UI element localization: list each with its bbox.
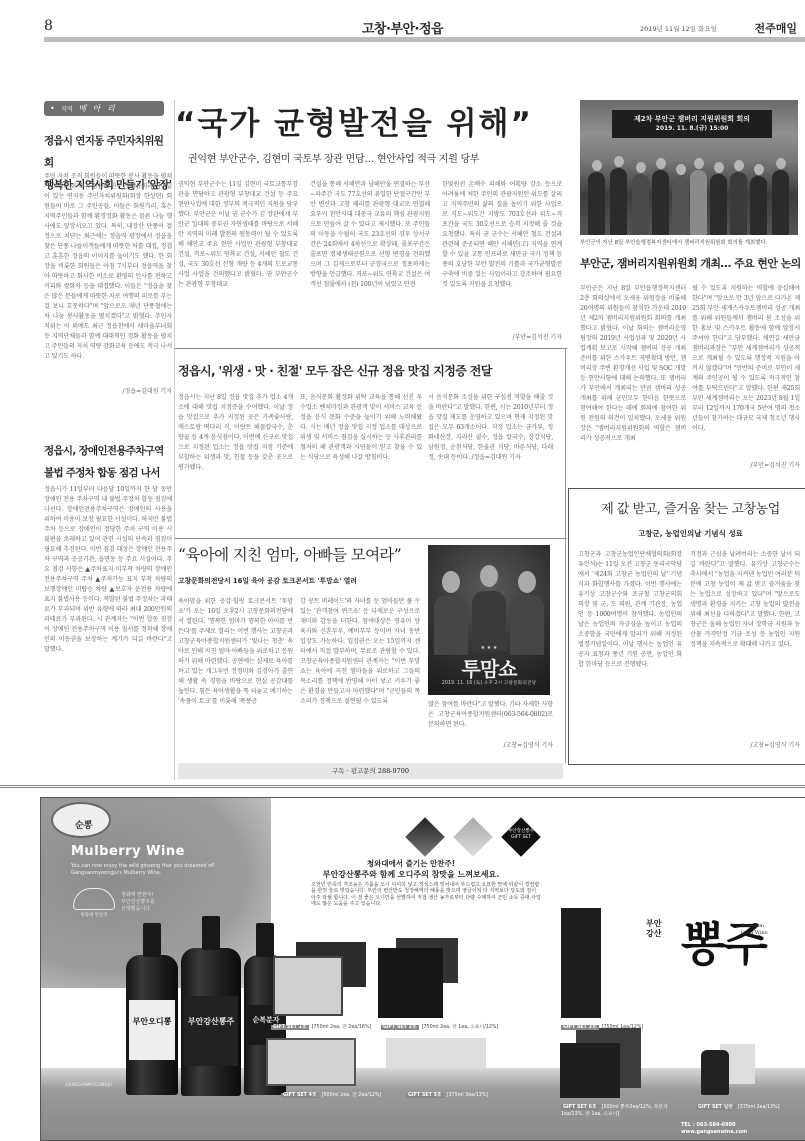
gift-set-general: GIFT SET 일반[375ml 2ea/13%]	[696, 1103, 780, 1110]
mascot-label: 순뽕	[75, 818, 92, 831]
gift-set-badge: 부안강산뽕주 GIFT SET	[491, 829, 551, 841]
company-logo: GANGSANMYEONGJU	[65, 1083, 112, 1088]
header-rule	[44, 37, 805, 42]
main-article-col3: 한빛원전 온배수 피해와 어획량 감소 등으로 어려움에 처한 주민의 관광자원…	[442, 180, 562, 310]
parenting-byline: /고창=김영식 기자	[428, 740, 553, 749]
parenting-subhead: 고창문화의전당서 16일 육아 공감 토크콘서트 '투맘쇼' 열려	[178, 575, 438, 585]
main-headline: “국가 균형발전을 위해”	[175, 98, 570, 143]
mascot-icon: 순뽕	[51, 802, 111, 838]
ad-logo-small: 부안강산	[646, 918, 666, 938]
bullet-icon: •	[50, 104, 55, 113]
bottle-label: 부안강산뽕주	[184, 996, 238, 1066]
main-subhead: 권익현 부안군수, 김현미 국토부 장관 면담… 현안사업 적극 지원 당부	[188, 150, 568, 165]
gift-set-tag: GIFT SET 4호	[281, 1093, 319, 1098]
ad-contact: TEL : 063-584-0900 www.gangsanwine.com	[681, 1122, 747, 1136]
farm-subhead: 고창군, 농업인의날 기념식 성료	[578, 528, 803, 539]
gift-set-tag: GIFT SET 5호	[406, 1093, 444, 1098]
gift-set-4: GIFT SET 4호[500ml 2ea, 잔 2ea/12%]	[281, 1091, 381, 1098]
emblem-label: 청와대 만찬주	[69, 912, 119, 918]
main-article-col1: 권익현 부안군수는 11일 김현미 국토교통부장관을 면담하고 관광형 부창대교…	[178, 180, 298, 340]
bottle-label: 부안오디뽕	[129, 1000, 175, 1060]
memo-headline-line1: 정읍시 연지동 주민자치위원회	[44, 130, 172, 174]
photo-banner-date: 2019. 11. 8.(금) 15:00	[612, 124, 772, 134]
column-divider	[565, 348, 566, 763]
restaurant-headline: 정읍시, '위생 · 맛 · 친절' 모두 잡은 신규 정읍 맛집 지정증 전달	[178, 362, 568, 379]
ad-website[interactable]: www.gangsanwine.com	[681, 1129, 747, 1136]
parking-headline: 정읍시, 장애인전용주차구역 불법 주정차 합동 점검 나서	[44, 440, 172, 484]
gift-set-5: GIFT SET 5호[375ml 3ea/13%]	[406, 1091, 488, 1098]
ad-phone: TEL : 063-584-0900	[681, 1122, 747, 1129]
gift-set-spec: [750ml 2ea, 잔 2ea/16%]	[312, 1025, 372, 1030]
poster-date: 2019. 11. 16 (토) 오후 2시 고창문화의전당	[428, 679, 550, 686]
subscription-bar: 구독 · 광고문의 288-9700	[178, 763, 563, 779]
jamboree-byline: /부안=김석진 기자	[692, 460, 800, 469]
photo-banner: 제2차 부안군 잼버리 지원위원회 회의 2019. 11. 8.(금) 15:…	[612, 110, 772, 138]
gift-set-6: GIFT SET 6호[500ml 뽕주2ea/12%, 복분자1ea/13%,…	[561, 1103, 681, 1117]
gift-set-tag: GIFT SET 일반	[696, 1105, 735, 1110]
ad-headline-line1: 청와대에서 즐기는 만찬주!	[281, 858, 541, 869]
jamboree-col2: 될 수 있도록 지원하는 역할에 충실해야 한다"며 "앞으로 만 3년 앞으로…	[692, 284, 800, 459]
gift-set-spec: [375ml 3ea/13%]	[447, 1093, 489, 1098]
restaurant-col2: 또, 음식문화 활성화 위탁 교육을 통해 선진 우수업소 벤치마킹과 관광객 …	[300, 393, 422, 523]
jamboree-headline: 부안군, 잼버리지원위원회 개최… 주요 현안 논의	[580, 255, 805, 271]
mulberry-diamond-icon	[405, 817, 445, 857]
gift-set-tag: GIFT SET 3호	[561, 1025, 599, 1030]
wine-bottle: 부안강산뽕주	[181, 948, 241, 1096]
restaurant-col1: 정읍시는 지난 8일 정읍 맛집 추가 업소 4개소에 대해 맛집 지정증을 수…	[178, 393, 293, 523]
farm-headline: 제 값 받고, 즐거움 찾는 고창농업	[578, 498, 803, 517]
memo-tag: • 지역 메 아 리	[44, 101, 164, 116]
ad-logo: 뽕주	[681, 908, 766, 974]
ad-choice-text: 청와대 만찬주! 부안강산뽕주를 선택했습니다.	[121, 892, 155, 913]
article-rule	[175, 538, 567, 539]
parking-headline-line2: 불법 주정차 합동 점검 나서	[44, 462, 172, 484]
ad-brand-description: You can now enjoy the wild ginseng that …	[71, 863, 241, 877]
poster-title: 투맘쇼	[428, 653, 550, 682]
ad-separator	[0, 785, 805, 788]
ad-headline: 청와대에서 즐기는 만찬주! 부안강산뽕주와 함께 오디주의 참맛을 느껴보세요…	[281, 858, 541, 880]
premium-label: Premium Ohdi Wine	[741, 923, 768, 937]
fruit-diamond-icon	[453, 817, 493, 857]
column-divider	[174, 100, 175, 780]
parenting-headline: “육아에 지친 엄마, 아빠들 모여라”	[178, 543, 438, 565]
memo-byline: /정읍=김대원 기자	[44, 386, 172, 395]
ad-description: 오천년 민족의 격조높은 기품을 오디 넉넉히 넣고 정성스레 빚어내어 부드럽…	[311, 882, 541, 907]
gift-set-3: GIFT SET 3호[750ml 1ea/12%]	[561, 1023, 643, 1030]
gift-set-spec: [750ml 2ea, 잔 1ea, 오프너/12%]	[422, 1025, 499, 1030]
meeting-photo: 제2차 부안군 잼버리 지원위원회 회의 2019. 11. 8.(금) 15:…	[580, 100, 798, 235]
main-article-col2: 건설을 통해 서해안과 남해안을 연결하는 부산~파주간 국도 77호선의 유일…	[310, 180, 430, 340]
newspaper-name: 전주매일	[754, 20, 797, 36]
parenting-col2: 감 콩트 퍼레이드'와 자녀를 둔 엄마들만 풀 수 있는 '관객참여 퀴즈쇼'…	[300, 597, 420, 757]
restaurant-col3: 시 음식문화 조성을 위한 구심점 역할을 해줄 것을 바란다"고 말했다. 한…	[428, 393, 553, 523]
parenting-col1: 육아맘을 위한 공감·힐링 토크콘서트 '투맘쇼'가 오는 16일 오후2시 고…	[178, 597, 293, 757]
memo-body: 주민 자치 조직 회원들이 따뜻한 봉사 활동을 펼쳐가고 있어 화제다. 정읍…	[44, 172, 172, 397]
main-byline: /부안=김석진 기자	[442, 332, 562, 341]
farm-col2: 걱정과 근심을 날려버리는 소중한 날이 되길 바란다"고 말했다. 유기상 고…	[690, 550, 800, 740]
farm-col1: 고창군과 고창군농업인단체협의회(회장 유인석)는 11일 오전 고창군 동리국…	[578, 550, 682, 750]
gift-set-2: GIFT SET 2호[750ml 2ea, 잔 1ea, 오프너/12%]	[381, 1023, 498, 1030]
gift-set-tag: GIFT SET 2호	[381, 1025, 419, 1030]
article-rule	[175, 348, 567, 349]
parking-body: 정읍시가 11일부터 다음달 10일까지 한 달 동안 장애인 전용 주차구역 …	[44, 485, 172, 820]
show-poster: ★ ★ ★ 투맘쇼 2019. 11. 16 (토) 오후 2시 고창문화의전당	[428, 545, 550, 695]
photo-banner-title: 제2차 부안군 잼버리 지원위원회 회의	[612, 114, 772, 124]
parking-headline-line1: 정읍시, 장애인전용주차구역	[44, 440, 172, 462]
gift-set-tag: GIFT SET 6호	[561, 1105, 599, 1110]
ad-headline-line2: 부안강산뽕주와 함께 오디주의 참맛을 느껴보세요.	[281, 869, 541, 880]
photo-caption: 부안군이 지난 8일 부안읍행정복지센터에서 잼버리지원위원회 회의를 개최했다…	[580, 238, 802, 246]
ad-brand-title: Mulberry Wine	[71, 844, 185, 859]
issue-date: 2019년 11월 12일 화요일	[640, 24, 717, 33]
gift-set-tag: GIFT SET 1호	[271, 1025, 309, 1030]
gift-set-1: GIFT SET 1호[750ml 2ea, 잔 2ea/16%]	[271, 1023, 371, 1030]
mulberry-wine-ad[interactable]: 순뽕 Mulberry Wine You can now enjoy the w…	[40, 797, 805, 1141]
memo-tag-title: 메 아 리	[78, 104, 116, 113]
poster-stars: ★ ★ ★	[428, 645, 550, 651]
wine-bottle: 부안오디뽕	[126, 955, 178, 1095]
gift-set-spec: [750ml 1ea/12%]	[602, 1025, 644, 1030]
memo-tag-small: 지역	[61, 106, 73, 113]
gift-set-spec: [500ml 2ea, 잔 2ea/12%]	[322, 1093, 382, 1098]
farm-byline: /고창=김영식 기자	[690, 740, 800, 749]
gift-set-spec: [375ml 2ea/13%]	[738, 1105, 780, 1110]
jamboree-col1: 부안군은 지난 8일 부안읍행정복지센터 2층 회의실에서 오세웅 위원장을 비…	[580, 284, 686, 479]
